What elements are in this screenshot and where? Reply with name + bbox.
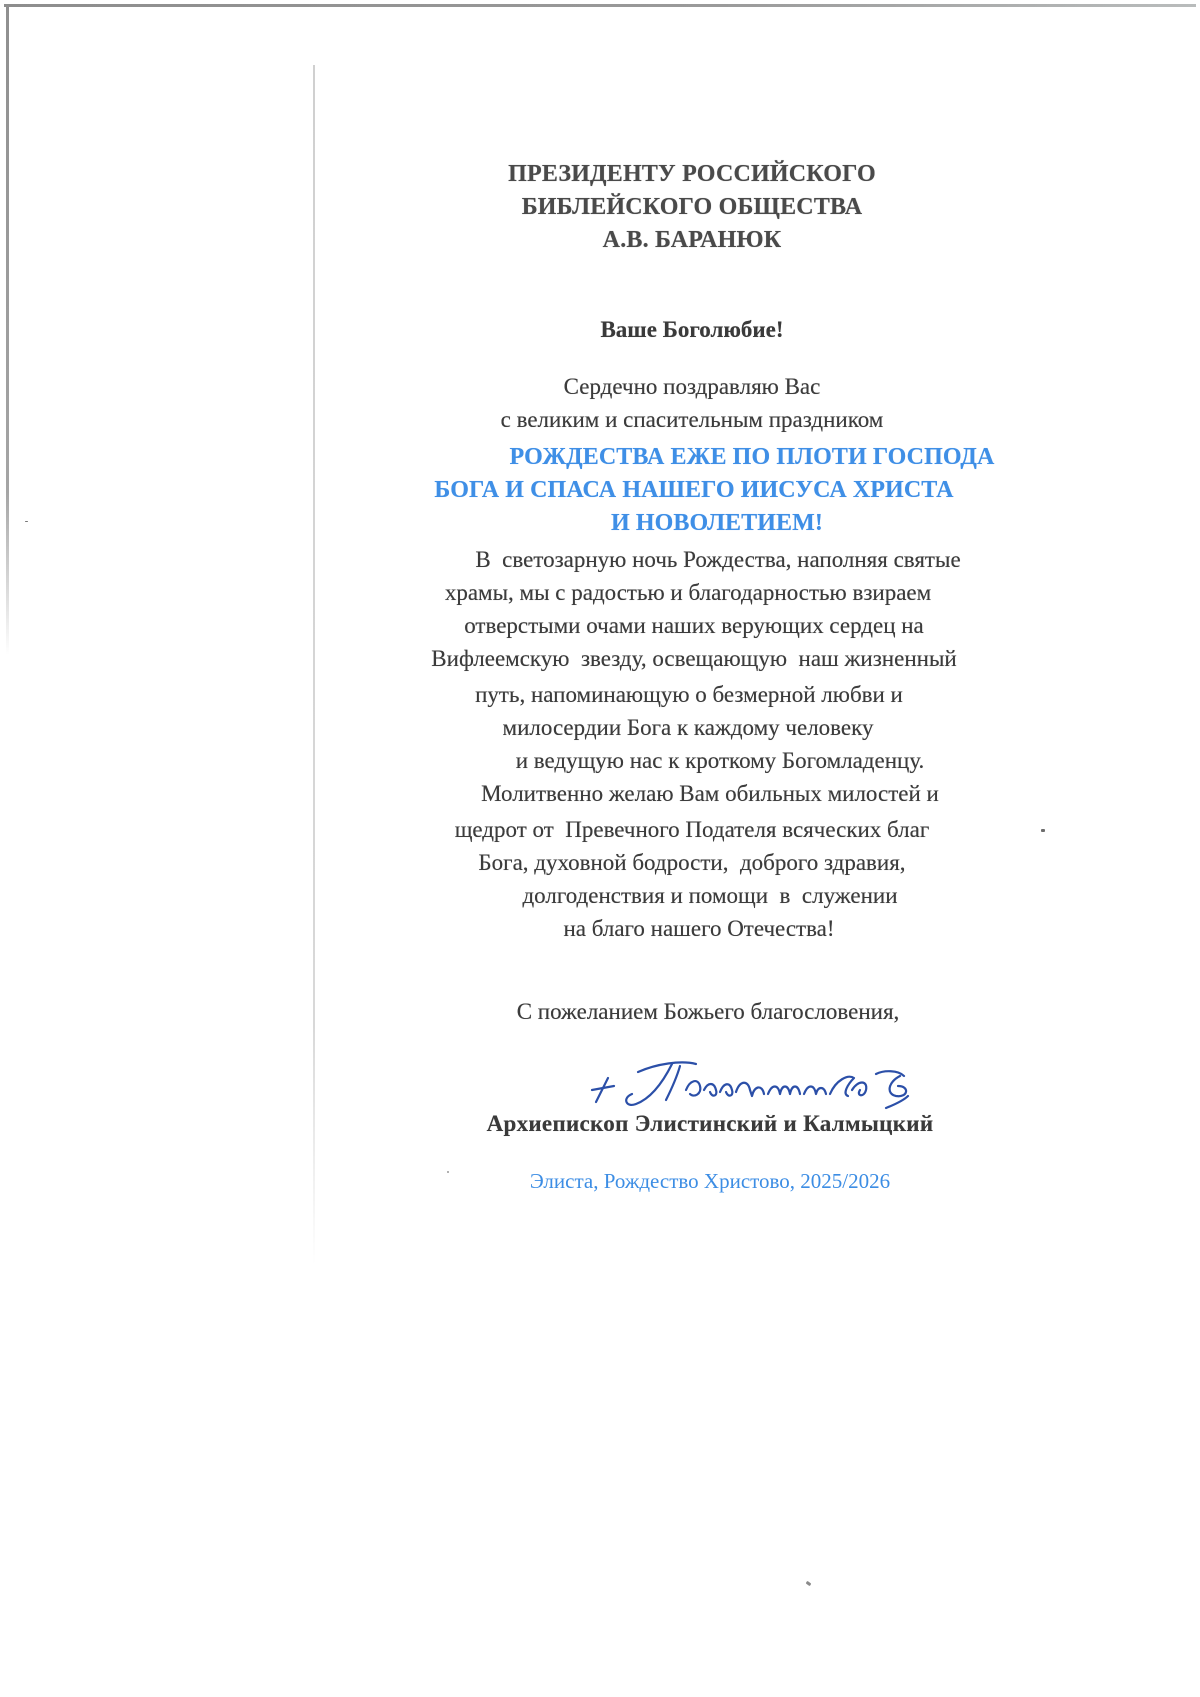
body-line: и ведущую нас к кроткому Богомладенцу. bbox=[120, 747, 1200, 775]
addressee-line: А.В. БАРАНЮК bbox=[92, 226, 1200, 254]
body-line: храмы, мы с радостью и благодарностью вз… bbox=[88, 579, 1200, 607]
greeting-line: Сердечно поздравляю Вас bbox=[92, 373, 1200, 401]
scan-edge-left bbox=[6, 5, 9, 655]
signatory: Архиепископ Элистинский и Калмыцкий bbox=[110, 1110, 1200, 1138]
body-line: отверстыми очами наших верующих сердец н… bbox=[94, 612, 1200, 640]
body-line: долгоденствия и помощи в служении bbox=[110, 882, 1200, 910]
closing: С пожеланием Божьего благословения, bbox=[108, 998, 1200, 1026]
scan-speck bbox=[806, 1581, 812, 1586]
body-line: Молитвенно желаю Вам обильных милостей и bbox=[110, 780, 1200, 808]
feast-line: БОГА И СПАСА НАШЕГО ИИСУСА ХРИСТА bbox=[94, 476, 1200, 504]
feast-line: И НОВОЛЕТИЕМ! bbox=[117, 509, 1200, 537]
scan-edge-top bbox=[4, 4, 1196, 7]
place-date: Элиста, Рождество Христово, 2025/2026 bbox=[110, 1167, 1200, 1195]
greeting-line: с великим и спасительным праздником bbox=[92, 406, 1200, 434]
body-line: Бога, духовной бодрости, доброго здравия… bbox=[92, 849, 1200, 877]
body-line: Вифлеемскую звезду, освещающую наш жизне… bbox=[94, 645, 1200, 673]
feast-line: РОЖДЕСТВА ЕЖЕ ПО ПЛОТИ ГОСПОДА bbox=[152, 443, 1200, 471]
scan-speck bbox=[25, 521, 28, 522]
body-line: щедрот от Превечного Подателя всяческих … bbox=[92, 816, 1200, 844]
salutation: Ваше Боголюбие! bbox=[92, 316, 1200, 344]
addressee-line: БИБЛЕЙСКОГО ОБЩЕСТВА bbox=[92, 193, 1200, 221]
body-line: милосердии Бога к каждому человеку bbox=[88, 714, 1200, 742]
body-line: путь, напоминающую о безмерной любви и bbox=[89, 681, 1200, 709]
body-line: на благо нашего Отечества! bbox=[99, 915, 1200, 943]
body-line: В светозарную ночь Рождества, наполняя с… bbox=[118, 546, 1200, 574]
addressee-line: ПРЕЗИДЕНТУ РОССИЙСКОГО bbox=[92, 160, 1200, 188]
